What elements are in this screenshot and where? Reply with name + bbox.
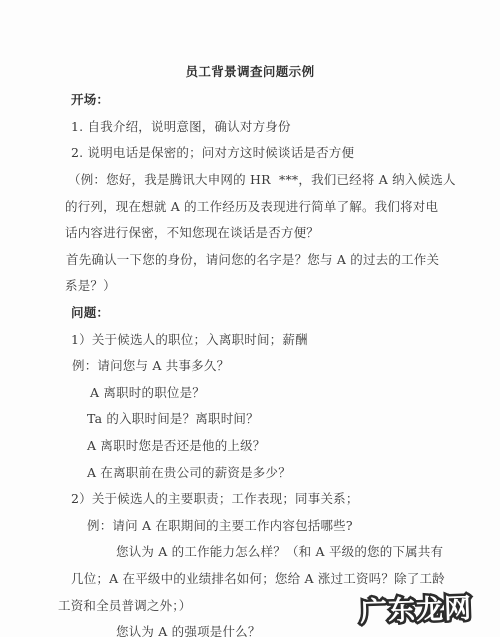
text-line: 例：请问您与 A 共事多久？ xyxy=(0,352,500,379)
text-line: A 离职时的职位是？ xyxy=(0,379,500,406)
page-title: 员工背景调查问题示例 xyxy=(0,62,500,80)
text-line: 开场： xyxy=(0,86,500,113)
text-line: 的行列，现在想就 A 的工作经历及表现进行简单了解。我们将对电 xyxy=(0,192,500,219)
text-line: 首先确认一下您的身份，请问您的名字是？您与 A 的过去的工作关 xyxy=(0,246,500,273)
text-line: 话内容进行保密，不知您现在谈话是否方便？ xyxy=(0,219,500,246)
watermark-logo: 广东龙网 xyxy=(359,586,472,629)
text-line: 1. 自我介绍，说明意图，确认对方身份 xyxy=(0,113,500,140)
text-line: 2. 说明电话是保密的；问对方这时候谈话是否方便 xyxy=(0,139,500,166)
text-line: 1）关于候选人的职位；入离职时间；薪酬 xyxy=(0,325,500,352)
text-line: A 离职时您是否还是他的上级？ xyxy=(0,432,500,459)
text-line: 例：请问 A 在职期间的主要工作内容包括哪些? xyxy=(0,512,500,539)
document-page: 员工背景调查问题示例 开场：1. 自我介绍，说明意图，确认对方身份2. 说明电话… xyxy=(0,0,500,637)
text-line: 您认为 A 的工作能力怎么样？（和 A 平级的您的下属共有 xyxy=(0,538,500,565)
text-line: A 在离职前在贵公司的薪资是多少？ xyxy=(0,458,500,485)
text-line: （例：您好，我是腾讯大申网的 HR ***，我们已经将 A 纳入候选人 xyxy=(0,166,500,193)
text-line: 系是？） xyxy=(0,272,500,299)
text-line: Ta 的入职时间是？离职时间？ xyxy=(0,405,500,432)
text-line: 问题： xyxy=(0,299,500,326)
document-body: 开场：1. 自我介绍，说明意图，确认对方身份2. 说明电话是保密的；问对方这时候… xyxy=(0,86,500,637)
text-line: 2）关于候选人的主要职责；工作表现；同事关系； xyxy=(0,485,500,512)
